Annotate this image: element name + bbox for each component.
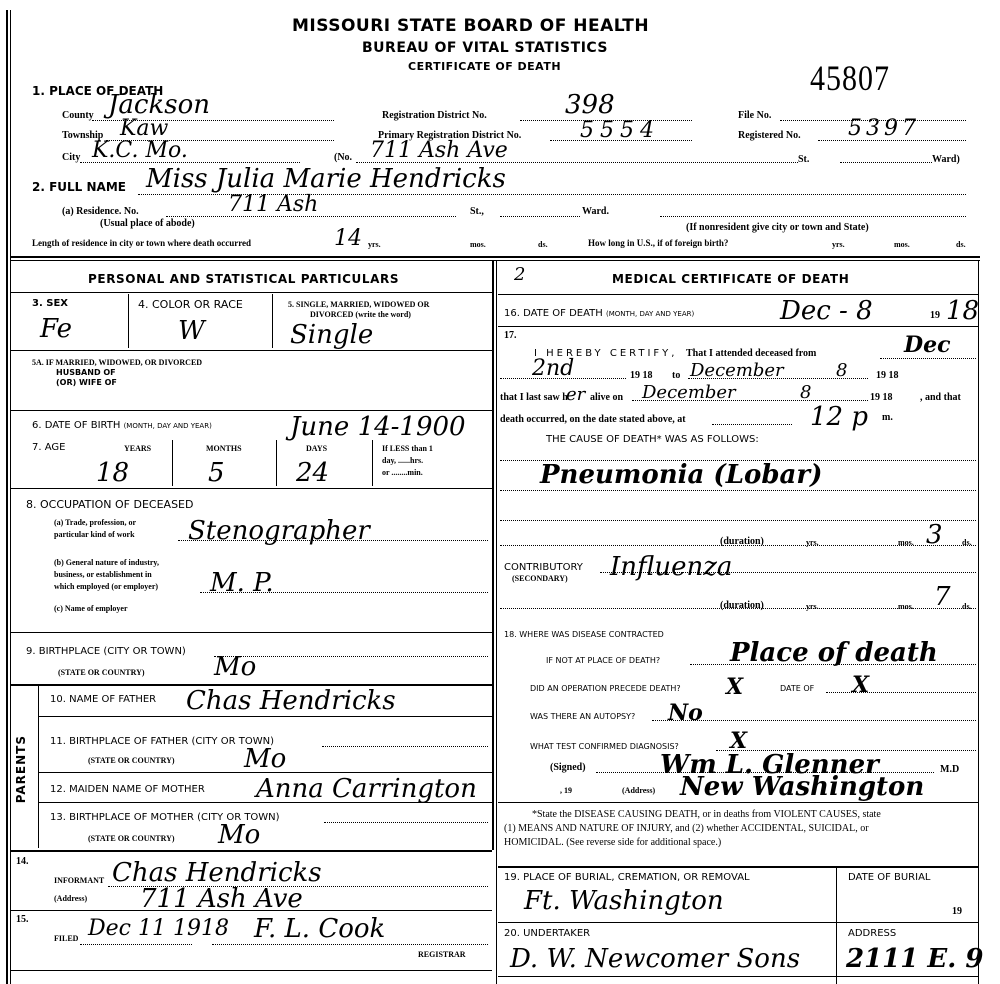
residence-label: (a) Residence. No. <box>62 206 139 217</box>
sex-row-rule <box>10 350 492 351</box>
years-label: YEARS <box>124 444 151 453</box>
occ-a-label-1: (a) Trade, profession, or <box>54 518 136 527</box>
time-value[interactable]: 12 p <box>810 404 868 430</box>
birthplace-value[interactable]: Mo <box>214 654 256 680</box>
last-saw-day[interactable]: 8 <box>800 384 811 402</box>
personal-title-rule <box>10 292 492 293</box>
cause-label: THE CAUSE OF DEATH* WAS AS FOLLOWS: <box>546 434 759 445</box>
dod-value[interactable]: Dec - 8 <box>780 298 873 324</box>
informant-address-value[interactable]: 711 Ash Ave <box>140 886 303 912</box>
residence-ward-line <box>500 216 580 217</box>
left-border-inner <box>10 10 11 984</box>
signed-address-label: (Address) <box>622 786 655 795</box>
last-saw-pronoun[interactable]: er <box>566 386 585 404</box>
length-mos-label: mos. <box>470 240 486 249</box>
father-bp-label: 11. BIRTHPLACE OF FATHER (CITY OR TOWN) <box>50 736 274 747</box>
occ-a-value[interactable]: Stenographer <box>188 518 370 544</box>
registrar-value[interactable]: F. L. Cook <box>254 916 385 942</box>
dod-row-rule <box>498 326 978 327</box>
city-value[interactable]: K.C. Mo. <box>92 140 188 162</box>
cause-value[interactable]: Pneumonia (Lobar) <box>540 462 822 488</box>
length-residence-label: Length of residence in city or town wher… <box>32 238 251 248</box>
less-label-1: If LESS than 1 <box>382 444 433 453</box>
column-divider <box>492 260 494 850</box>
father-value[interactable]: Chas Hendricks <box>186 688 396 714</box>
filed-number: 15. <box>16 914 29 925</box>
mother-row-rule <box>38 802 492 803</box>
burial-column-divider <box>836 868 837 984</box>
undertaker-address-label: ADDRESS <box>848 928 896 939</box>
parents-divider <box>38 686 39 848</box>
registrar-line <box>212 944 488 945</box>
footnote-line-3: HOMICIDAL. (See reverse side for additio… <box>504 836 976 850</box>
occ-b-label-3: which employed (or employer) <box>54 582 158 591</box>
father-label: 10. NAME OF FATHER <box>50 694 156 705</box>
usual-place-label: (Usual place of abode) <box>100 218 195 229</box>
document-title: MISSOURI STATE BOARD OF HEALTH <box>292 16 649 36</box>
sex-race-divider <box>128 294 129 348</box>
informant-address-label: (Address) <box>54 894 87 903</box>
dob-value[interactable]: June 14-1900 <box>290 414 466 440</box>
signed-label: (Signed) <box>550 762 586 773</box>
personal-section-title: PERSONAL AND STATISTICAL PARTICULARS <box>88 272 399 286</box>
footnote-line-1: *State the DISEASE CAUSING DEATH, or in … <box>504 808 976 822</box>
parents-label: PARENTS <box>14 735 28 803</box>
corner-mark: 2 <box>514 266 525 284</box>
burial-row-rule <box>498 922 978 923</box>
right-border <box>978 260 979 984</box>
race-value[interactable]: W <box>178 318 205 344</box>
filed-date-line <box>80 944 192 945</box>
street-value[interactable]: 711 Ash Ave <box>370 140 508 162</box>
attended-from-year[interactable]: 19 18 <box>630 370 653 381</box>
street-st-label: St. <box>798 154 809 165</box>
operation-label: DID AN OPERATION PRECEDE DEATH? <box>530 684 681 693</box>
attended-from-day[interactable]: 2nd <box>532 358 574 380</box>
attended-from-line <box>880 358 976 359</box>
time-line <box>712 424 792 425</box>
spouse-row-rule <box>10 410 492 411</box>
burial-place-label: 19. PLACE OF BURIAL, CREMATION, OR REMOV… <box>504 872 750 883</box>
operation-value[interactable]: X <box>726 676 743 698</box>
contributory-duration-label: (duration) <box>720 600 764 611</box>
full-name-value[interactable]: Miss Julia Marie Hendricks <box>146 166 506 192</box>
cause-duration-yrs: yrs. <box>806 538 819 547</box>
sex-value[interactable]: Fe <box>40 316 72 342</box>
left-border <box>6 10 8 984</box>
contributory-duration-ds: ds. <box>962 602 972 611</box>
m-label: m. <box>882 412 893 423</box>
us-ds-label: ds. <box>956 240 966 249</box>
months-days-divider <box>276 440 277 486</box>
last-saw-label: that I last saw h <box>500 392 568 403</box>
attended-to-year[interactable]: 19 18 <box>876 370 899 381</box>
dob-sub-label: (MONTH, DAY AND YEAR) <box>124 422 212 430</box>
where-sub-label: IF NOT AT PLACE OF DEATH? <box>546 656 660 665</box>
father-bp-line <box>322 746 488 747</box>
footnote: *State the DISEASE CAUSING DEATH, or in … <box>504 808 976 850</box>
street-no-label: (No. <box>334 152 352 163</box>
occ-b-label-2: business, or establishment in <box>54 570 152 579</box>
us-residence-label: How long in U.S., if of foreign birth? <box>588 238 728 248</box>
file-no-label: File No. <box>738 110 771 121</box>
dod-sub-label: (MONTH, DAY AND YEAR) <box>606 310 694 318</box>
father-bp-row-rule <box>38 772 492 773</box>
informant-label: INFORMANT <box>54 876 104 885</box>
cert-number: 17. <box>504 330 517 341</box>
medical-section-title: MEDICAL CERTIFICATE OF DEATH <box>612 272 849 286</box>
ward-line <box>840 162 932 163</box>
informant-row-rule <box>10 910 492 911</box>
undertaker-label: 20. UNDERTAKER <box>504 928 590 939</box>
length-yrs-label: yrs. <box>368 240 381 249</box>
registered-no-value[interactable]: 5397 <box>848 118 920 140</box>
father-bp-value[interactable]: Mo <box>244 746 286 772</box>
signed-address-value[interactable]: New Washington <box>680 774 924 800</box>
spouse-label-3: (OR) WIFE OF <box>56 378 117 387</box>
us-yrs-label: yrs. <box>832 240 845 249</box>
informant-number: 14. <box>16 856 29 867</box>
burial-date-year: 19 <box>952 906 962 917</box>
age-days-value[interactable]: 24 <box>296 460 329 486</box>
informant-value[interactable]: Chas Hendricks <box>112 860 322 886</box>
cause-line-3 <box>500 520 976 521</box>
date-of-value[interactable]: X <box>852 674 869 696</box>
nonresident-note: (If nonresident give city or town and St… <box>686 222 869 233</box>
filed-row-rule <box>10 970 492 971</box>
spouse-label-1: 5A. IF MARRIED, WIDOWED, OR DIVORCED <box>32 358 202 367</box>
occ-c-label: (c) Name of employer <box>54 604 128 613</box>
cause-line-2 <box>500 490 976 491</box>
footnote-line-2: (1) MEANS AND NATURE OF INJURY, and (2) … <box>504 822 976 836</box>
length-residence-value[interactable]: 14 <box>334 228 362 250</box>
years-months-divider <box>172 440 173 486</box>
race-marital-divider <box>272 294 273 348</box>
death-occurred-label: death occurred, on the date stated above… <box>500 414 686 425</box>
nonresident-line <box>660 216 966 217</box>
county-value[interactable]: Jackson <box>108 92 210 118</box>
birthplace-state-label: (STATE OR COUNTRY) <box>58 668 145 677</box>
cause-duration-label: (duration) <box>720 536 764 547</box>
mother-label: 12. MAIDEN NAME OF MOTHER <box>50 784 205 795</box>
autopsy-label: WAS THERE AN AUTOPSY? <box>530 712 635 721</box>
secondary-label: (SECONDARY) <box>512 574 568 583</box>
mother-bp-state-label: (STATE OR COUNTRY) <box>88 834 175 843</box>
column-divider-inner <box>496 260 497 984</box>
mother-value[interactable]: Anna Carrington <box>256 776 477 802</box>
county-label: County <box>62 110 94 121</box>
contributory-duration-mos-label: mos. <box>898 602 914 611</box>
contributory-value[interactable]: Influenza <box>610 554 732 580</box>
header-divider <box>10 256 980 258</box>
dod-year-prefix: 19 <box>930 310 940 321</box>
full-name-label: 2. FULL NAME <box>32 180 126 194</box>
filed-label: FILED <box>54 934 78 943</box>
undertaker-value[interactable]: D. W. Newcomer Sons <box>510 946 800 972</box>
header-divider-2 <box>10 260 980 261</box>
undertaker-address-value[interactable]: 2111 E. 9 <box>846 946 983 972</box>
medical-title-rule <box>498 294 978 295</box>
months-label: MONTHS <box>206 444 242 453</box>
last-saw-year[interactable]: 19 18 <box>870 392 893 403</box>
autopsy-value[interactable]: No <box>668 702 703 724</box>
attended-to-day[interactable]: 8 <box>836 362 847 380</box>
test-label: WHAT TEST CONFIRMED DIAGNOSIS? <box>530 742 679 751</box>
md-label: M.D <box>940 764 959 775</box>
city-label: City <box>62 152 80 163</box>
contributory-duration-yrs: yrs. <box>806 602 819 611</box>
burial-place-value[interactable]: Ft. Washington <box>524 888 724 914</box>
test-value[interactable]: X <box>730 730 747 752</box>
form-name: CERTIFICATE OF DEATH <box>408 60 561 73</box>
mother-bp-value[interactable]: Mo <box>218 822 260 848</box>
mother-bp-line <box>324 822 488 823</box>
attended-from-month[interactable]: Dec <box>904 334 950 356</box>
cause-duration-mos-label: mos. <box>898 538 914 547</box>
sex-label: 3. SEX <box>32 298 68 309</box>
cause-duration-ds: ds. <box>962 538 972 547</box>
occ-b-value[interactable]: M. P. <box>210 570 274 596</box>
marital-value[interactable]: Single <box>290 322 373 348</box>
alive-label: alive on <box>590 392 623 403</box>
parents-bottom-rule <box>10 850 492 852</box>
attended-to-month[interactable]: December <box>690 362 784 380</box>
residence-ward-label: Ward. <box>582 206 609 217</box>
burial-date-label: DATE OF BURIAL <box>848 872 931 883</box>
father-row-rule <box>38 716 492 717</box>
certificate-number: 45807 <box>810 59 890 100</box>
days-less-divider <box>372 440 373 486</box>
occ-b-label-1: (b) General nature of industry, <box>54 558 159 567</box>
occupation-row-rule <box>10 632 492 633</box>
residence-value[interactable]: 711 Ash <box>228 194 318 216</box>
birthplace-label: 9. BIRTHPLACE (CITY OR TOWN) <box>26 646 186 657</box>
age-months-value[interactable]: 5 <box>208 460 225 486</box>
registration-district-label: Registration District No. <box>382 110 487 121</box>
and-that-label: , and that <box>920 392 961 403</box>
date-of-label: DATE OF <box>780 684 814 693</box>
where-value[interactable]: Place of death <box>730 640 938 666</box>
contributory-duration-mos[interactable]: 7 <box>934 584 951 610</box>
primary-district-value[interactable]: 5554 <box>580 120 660 142</box>
date-of-line <box>826 692 976 693</box>
dob-label-text: 6. DATE OF BIRTH <box>32 420 120 431</box>
father-bp-state-label: (STATE OR COUNTRY) <box>88 756 175 765</box>
contributory-label: CONTRIBUTORY <box>504 562 583 573</box>
us-mos-label: mos. <box>894 240 910 249</box>
undertaker-row-rule <box>498 976 978 977</box>
footnote-rule <box>498 866 978 868</box>
dod-label-text: 16. DATE OF DEATH <box>504 308 603 319</box>
race-label: 4. COLOR OR RACE <box>138 298 243 311</box>
less-label-3: or ........min. <box>382 468 423 477</box>
certify-text: That I attended deceased from <box>686 348 816 359</box>
length-ds-label: ds. <box>538 240 548 249</box>
township-value[interactable]: Kaw <box>120 118 168 140</box>
occupation-label: 8. OCCUPATION OF DECEASED <box>26 498 193 511</box>
where-label: 18. WHERE WAS DISEASE CONTRACTED <box>504 630 664 639</box>
signed-year-label: , 19 <box>560 786 572 795</box>
to-label: to <box>672 370 680 381</box>
days-label: DAYS <box>306 444 327 453</box>
registrar-label: REGISTRAR <box>418 950 466 959</box>
age-label: 7. AGE <box>32 442 65 453</box>
bureau-title: BUREAU OF VITAL STATISTICS <box>362 40 608 56</box>
dod-label: 16. DATE OF DEATH (MONTH, DAY AND YEAR) <box>504 308 694 319</box>
marital-label-1: 5. SINGLE, MARRIED, WIDOWED OR <box>288 300 429 309</box>
residence-st-label: St., <box>470 206 484 217</box>
dod-year-value[interactable]: 18 <box>946 298 979 324</box>
dob-label: 6. DATE OF BIRTH (MONTH, DAY AND YEAR) <box>32 420 212 431</box>
registration-district-value[interactable]: 398 <box>565 92 615 118</box>
spouse-label-2: HUSBAND OF <box>56 368 116 377</box>
signature-row-rule <box>498 802 978 803</box>
last-saw-month[interactable]: December <box>642 384 736 402</box>
age-row-rule <box>10 488 492 489</box>
ward-label: Ward) <box>932 154 960 165</box>
less-label-2: day, ......hrs. <box>382 456 423 465</box>
filed-date-value[interactable]: Dec 11 1918 <box>88 918 229 940</box>
age-years-value[interactable]: 18 <box>96 460 129 486</box>
registered-no-label: Registered No. <box>738 130 801 141</box>
occ-a-label-2: particular kind of work <box>54 530 135 539</box>
marital-label-2: DIVORCED (write the word) <box>310 310 411 319</box>
cause-duration-mos[interactable]: 3 <box>926 522 943 548</box>
